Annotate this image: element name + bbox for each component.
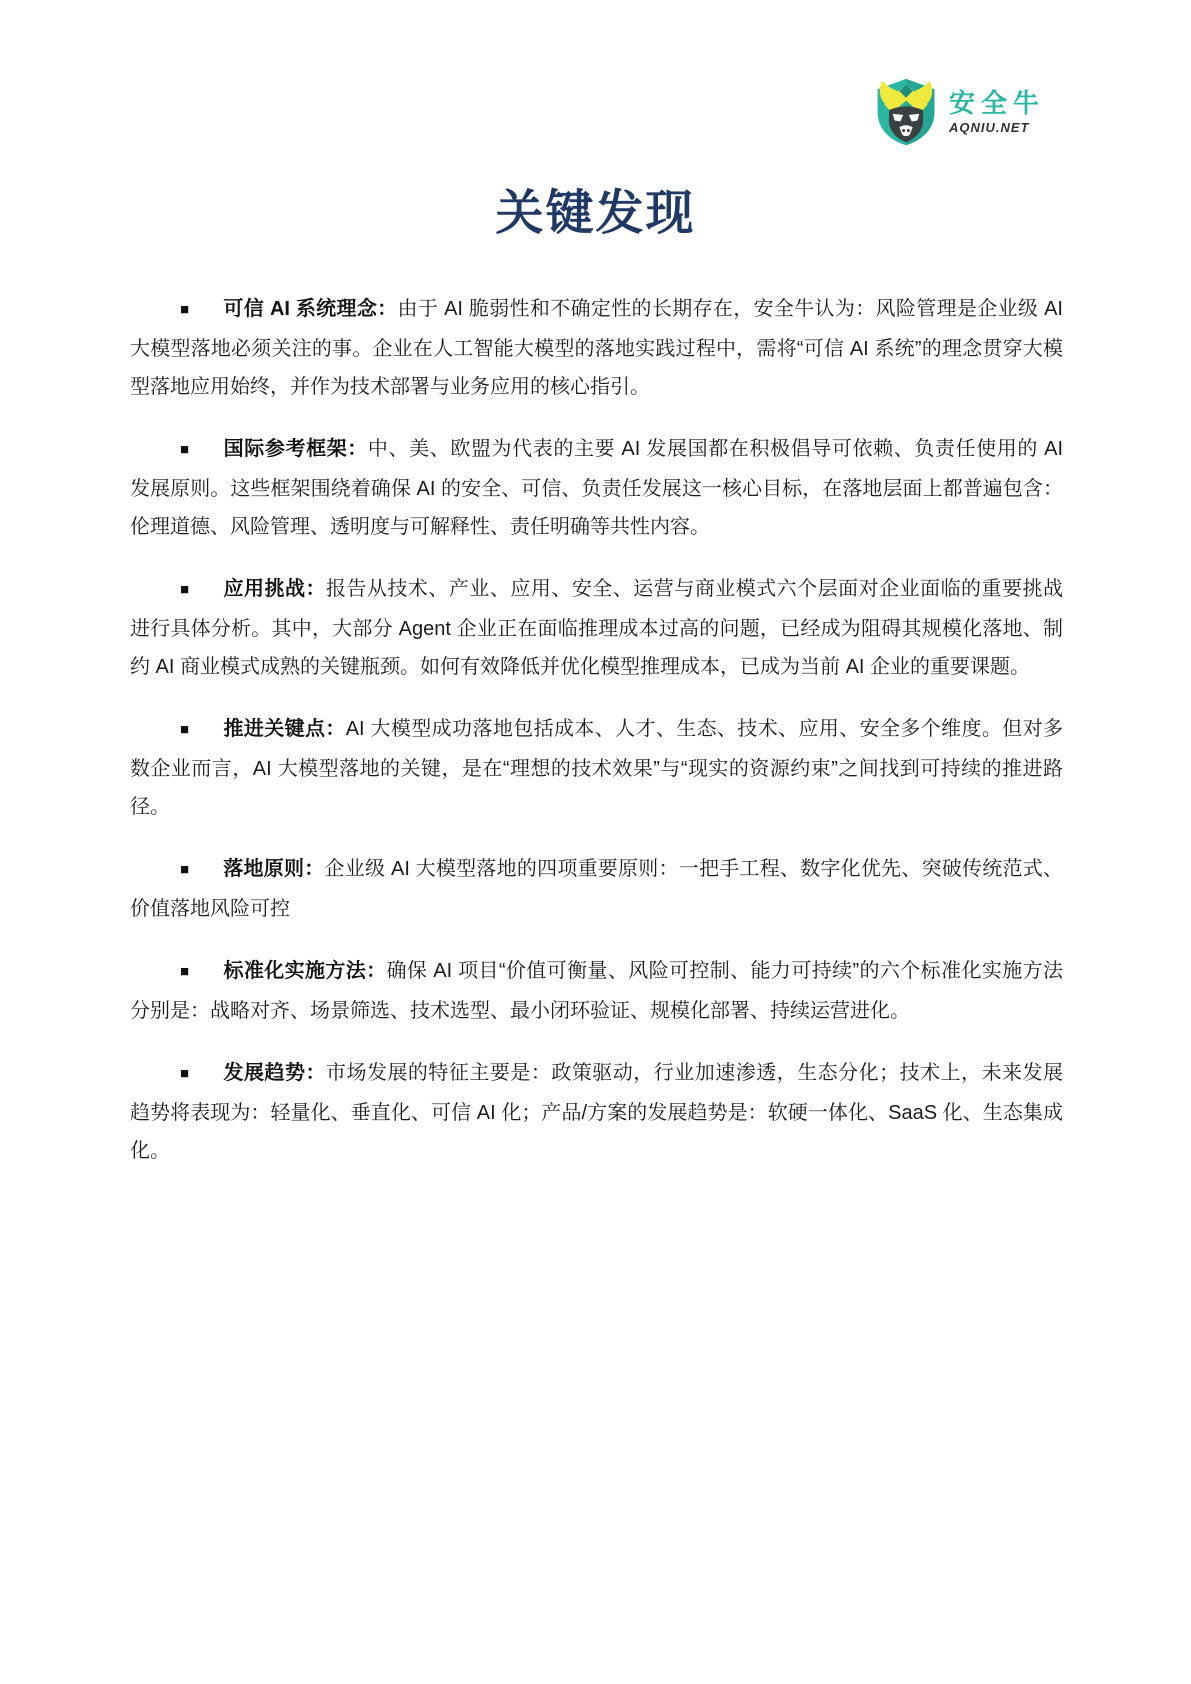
- finding-label: 发展趋势：: [223, 1062, 326, 1084]
- aqniu-shield-bull-icon: [873, 76, 939, 148]
- page-title: 关键发现: [0, 188, 1191, 240]
- finding-label: 应用挑战：: [223, 578, 326, 600]
- findings-section: ■可信 AI 系统理念：由于 AI 脆弱性和不确定性的长期存在，安全牛认为：风险…: [0, 290, 1191, 1170]
- finding-paragraph-standardized-method: ■标准化实施方法：确保 AI 项目“价值可衡量、风险可控制、能力可持续”的六个标…: [130, 952, 1063, 1030]
- aqniu-logo: 安全牛 AQNIU.NET: [873, 76, 1045, 148]
- finding-paragraph-intl-frameworks: ■国际参考框架：中、美、欧盟为代表的主要 AI 发展国都在积极倡导可依赖、负责任…: [130, 430, 1063, 546]
- finding-label: 推进关键点：: [223, 718, 346, 740]
- bullet-square-icon: ■: [180, 571, 189, 609]
- finding-paragraph-application-challenges: ■应用挑战：报告从技术、产业、应用、安全、运营与商业模式六个层面对企业面临的重要…: [130, 570, 1063, 686]
- bullet-square-icon: ■: [180, 711, 189, 749]
- finding-paragraph-trusted-ai: ■可信 AI 系统理念：由于 AI 脆弱性和不确定性的长期存在，安全牛认为：风险…: [130, 290, 1063, 406]
- finding-label: 落地原则：: [223, 858, 324, 880]
- finding-label: 国际参考框架：: [223, 438, 368, 460]
- finding-label: 标准化实施方法：: [223, 960, 386, 982]
- brand-domain: AQNIU.NET: [949, 121, 1045, 134]
- bullet-square-icon: ■: [180, 291, 189, 329]
- page-header: 安全牛 AQNIU.NET: [0, 0, 1191, 148]
- brand-name: 安全牛: [949, 90, 1045, 116]
- bullet-square-icon: ■: [180, 953, 189, 991]
- finding-label: 可信 AI 系统理念：: [223, 298, 397, 320]
- finding-paragraph-development-trends: ■发展趋势：市场发展的特征主要是：政策驱动，行业加速渗透，生态分化；技术上，未来…: [130, 1054, 1063, 1170]
- finding-paragraph-landing-principles: ■落地原则：企业级 AI 大模型落地的四项重要原则：一把手工程、数字化优先、突破…: [130, 850, 1063, 928]
- bullet-square-icon: ■: [180, 1055, 189, 1093]
- document-page: 安全牛 AQNIU.NET 关键发现 ■可信 AI 系统理念：由于 AI 脆弱性…: [0, 0, 1191, 1684]
- logo-text-block: 安全牛 AQNIU.NET: [949, 90, 1045, 134]
- bullet-square-icon: ■: [180, 431, 189, 469]
- finding-paragraph-key-advance-points: ■推进关键点：AI 大模型成功落地包括成本、人才、生态、技术、应用、安全多个维度…: [130, 710, 1063, 826]
- bullet-square-icon: ■: [180, 851, 189, 889]
